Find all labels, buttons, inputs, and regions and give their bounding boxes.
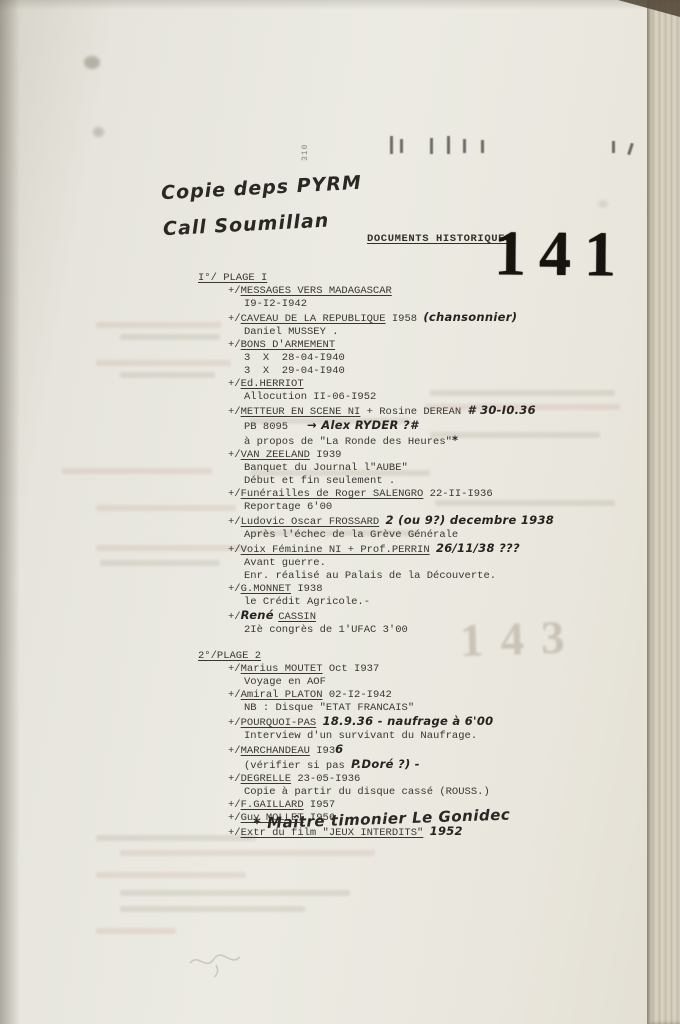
edge-print-fragment [463,139,466,153]
typed-text: 3 X 28-04-I940 [244,352,345,364]
typed-text: Amiral PLATON [241,689,323,701]
typed-text: MESSAGES VERS MADAGASCAR [241,285,392,297]
typed-text: Début et fin seulement . [244,475,395,487]
typed-text: +/ [228,689,241,701]
edge-print-fragment [612,141,615,153]
handwritten-annotation: 26/11/38 ??? [436,541,520,555]
typed-text: Copie à partir du disque cassé (ROUSS.) [244,786,490,798]
typed-text: le Crédit Agricole.- [244,596,370,608]
typed-text [379,516,385,528]
typed-line: (vérifier si pas P.Doré ?) - [198,758,658,773]
typed-line: 2Iè congrès de 1'UFAC 3'00 [198,624,658,637]
edge-print-fragment [481,140,484,153]
typed-text: +/ [228,488,241,500]
typed-text: Allocution II-06-I952 [244,391,376,403]
typed-text: 3 X 29-04-I940 [244,365,345,377]
typed-text: CAVEAU DE LA REPUBLIQUE [241,313,386,325]
typed-text: BONS D'ARMEMENT [241,339,336,351]
typed-text: MARCHANDEAU [241,745,310,757]
page-title: DOCUMENTS HISTORIQUES [367,233,512,245]
typed-line: Voyage en AOF [198,676,658,689]
typed-text: +/ [228,799,241,811]
typed-text: + Rosine DEREAN [360,406,467,418]
typed-line: Après l'échec de la Grève Générale [198,529,658,542]
bleedthrough-text-ghost [96,928,176,934]
typed-text: Marius MOUTET [241,663,323,675]
typed-text: Enr. réalisé au Palais de la Découverte. [244,570,496,582]
handwritten-annotation: René [241,608,279,622]
typed-text: (vérifier si pas [244,760,351,772]
edge-print-fragment [400,139,403,153]
typed-line: Banquet du Journal l"AUBE" [198,462,658,475]
typed-line: +/Amiral PLATON 02-I2-I942 [198,689,658,702]
bleedthrough-text-ghost [62,468,212,474]
typed-line: +/DEGRELLE 23-05-I936 [198,773,658,786]
typed-text: Interview d'un survivant du Naufrage. [244,730,477,742]
typed-line: PB 8095 → Alex RYDER ?# [198,419,658,434]
page-top-shadow [0,0,647,10]
typed-line: 3 X 29-04-I940 [198,365,658,378]
scanned-document-page: 143 310 Copie deps PYRM Call Soumillan D… [0,0,680,1024]
bleedthrough-text-ghost [120,890,350,896]
typed-text: Reportage 6'00 [244,501,332,513]
typed-text: +/ [228,516,241,528]
typed-text: +/ [228,378,241,390]
typed-text: I938 [291,583,323,595]
typed-line: Début et fin seulement . [198,475,658,488]
typed-text: +/ [228,449,241,461]
typed-text: 2Iè congrès de 1'UFAC 3'00 [244,624,408,636]
typed-text: 2°/PLAGE 2 [198,650,261,662]
typed-text: Ludovic Oscar FROSSARD [241,516,380,528]
typed-text: +/ [228,611,241,623]
typed-text: I°/ PLAGE I [198,272,267,284]
typed-line: +/Funérailles de Roger SALENGRO 22-II-I9… [198,488,658,501]
typed-line: à propos de "La Ronde des Heures"* [198,434,658,449]
typed-text: 02-I2-I942 [323,689,392,701]
typed-text: Voyage en AOF [244,676,326,688]
book-page-stack-edge [647,0,680,1024]
edge-print-fragment [627,143,634,155]
typed-line: +/René CASSIN [198,609,658,624]
typed-line: Allocution II-06-I952 [198,391,658,404]
typed-text: NB : Disque "ETAT FRANCAIS" [244,702,414,714]
typed-text: Banquet du Journal l"AUBE" [244,462,408,474]
handwritten-annotation: → Alex RYDER ?# [307,418,418,432]
typed-text: Avant guerre. [244,557,326,569]
typed-line: +/MARCHANDEAU I936 [198,743,658,758]
typed-text: +/ [228,339,241,351]
handwritten-annotation: # 30-I0.36 [467,403,535,417]
handwritten-text: Copie deps PYRM [161,172,363,204]
typed-list: I°/ PLAGE I+/MESSAGES VERS MADAGASCARI9-… [198,272,658,840]
handwritten-annotation: (chansonnier) [423,310,517,324]
typed-text: +/ [228,745,241,757]
handwritten-annotation: P.Doré ?) - [351,757,420,771]
typed-text: I958 [386,313,424,325]
handwritten-header-note: Copie deps PYRM Call Soumillan [160,165,364,247]
typed-text: Après l'échec de la Grève Générale [244,529,458,541]
edge-print-fragment [390,136,393,154]
typed-text: Voix Féminine NI + Prof.PERRIN [241,544,430,556]
bleedthrough-text-ghost [120,850,375,856]
typed-text: G.MONNET [241,583,291,595]
typed-text: Funérailles de Roger SALENGRO [241,488,424,500]
typed-text: à propos de "La Ronde des Heures" [244,436,452,448]
typed-line: +/CAVEAU DE LA REPUBLIQUE I958 (chansonn… [198,311,658,326]
typed-line: +/G.MONNET I938 [198,583,658,596]
typed-line: 2°/PLAGE 2 [198,650,658,663]
typed-text: +/ [228,285,241,297]
typed-line: I°/ PLAGE I [198,272,658,285]
typed-text: 22-II-I936 [423,488,492,500]
typed-text: +/ [228,827,241,839]
typed-text: CASSIN [278,611,316,623]
typed-text: DEGRELLE [241,773,291,785]
edge-print-fragment [430,138,433,154]
typed-line: Copie à partir du disque cassé (ROUSS.) [198,786,658,799]
typed-text [423,827,429,839]
typed-text: +/ [228,717,241,729]
typed-text: +/ [228,812,241,824]
bleedthrough-text-ghost [96,872,246,878]
typed-text: I957 [304,799,336,811]
typed-text: +/ [228,544,241,556]
typed-text: Oct I937 [323,663,380,675]
typed-line: Daniel MUSSEY . [198,326,658,339]
typed-text [430,544,436,556]
handwritten-text: Call Soumillan [163,210,330,241]
typed-line: Interview d'un survivant du Naufrage. [198,730,658,743]
typed-line: Enr. réalisé au Palais de la Découverte. [198,570,658,583]
typed-line: +/MESSAGES VERS MADAGASCAR [198,285,658,298]
binding-shadow [0,0,20,1024]
paper-stain [598,200,608,208]
typed-line: +/Ludovic Oscar FROSSARD 2 (ou 9?) decem… [198,514,658,529]
typed-text: +/ [228,773,241,785]
typed-text: +/ [228,313,241,325]
typed-text: 23-05-I936 [291,773,360,785]
typed-line: Avant guerre. [198,557,658,570]
typed-text: METTEUR EN SCENE NI [241,406,361,418]
typed-text: POURQUOI-PAS [241,717,317,729]
typed-text: I93 [310,745,335,757]
typed-text: F.GAILLARD [241,799,304,811]
handwritten-annotation: 18.9.36 - naufrage à 6'00 [323,714,494,728]
typed-line: +/Voix Féminine NI + Prof.PERRIN 26/11/3… [198,542,658,557]
edge-print-fragment: 310 [301,131,310,161]
bleedthrough-text-ghost [120,906,305,912]
typed-text: +/ [228,406,241,418]
typed-line: +/BONS D'ARMEMENT [198,339,658,352]
typed-line: +/Marius MOUTET Oct I937 [198,663,658,676]
edge-print-fragment [447,136,450,154]
typed-text: PB 8095 [244,421,307,433]
typed-text: +/ [228,583,241,595]
typed-text: I939 [310,449,342,461]
handwritten-annotation: 6 [335,742,343,756]
typed-line: +/VAN ZEELAND I939 [198,449,658,462]
handwritten-annotation: * [452,433,458,447]
typed-text: +/ [228,663,241,675]
typed-line: 3 X 28-04-I940 [198,352,658,365]
typed-line: +/METTEUR EN SCENE NI + Rosine DEREAN # … [198,404,658,419]
typed-text [316,717,322,729]
punch-mark [84,56,100,69]
typed-text: I9-I2-I942 [244,298,307,310]
punch-mark [93,127,104,137]
typed-text: Daniel MUSSEY . [244,326,339,338]
typed-text: Ed.HERRIOT [241,378,304,390]
typed-line: +/Ed.HERRIOT [198,378,658,391]
handwritten-annotation: 2 (ou 9?) decembre 1938 [386,513,555,527]
pencil-squiggle [186,945,246,979]
typed-line: +/POURQUOI-PAS 18.9.36 - naufrage à 6'00 [198,715,658,730]
typed-text: VAN ZEELAND [241,449,310,461]
